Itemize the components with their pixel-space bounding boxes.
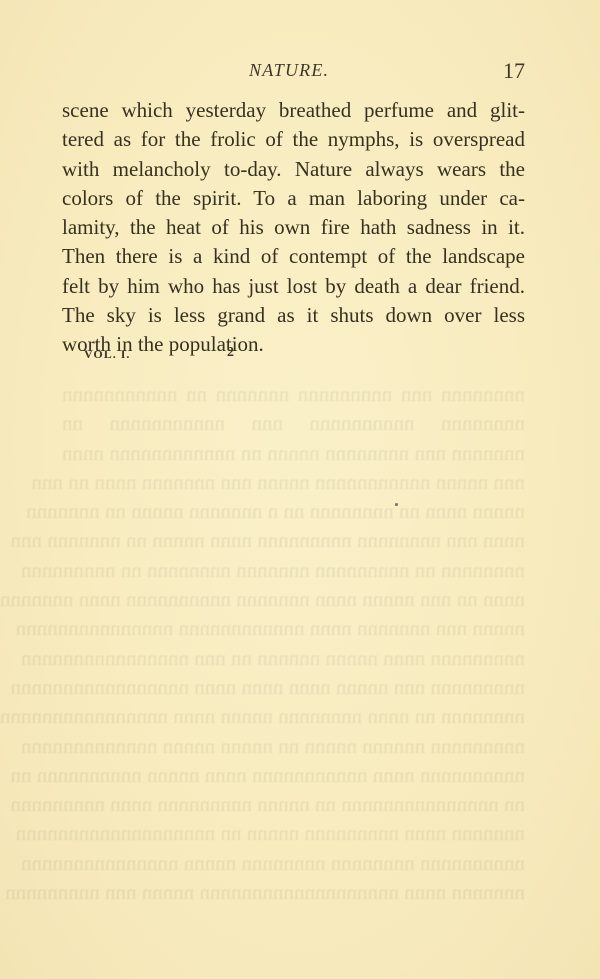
paper-speck — [395, 504, 397, 506]
printer-signature: VOL. I. 2 — [84, 345, 284, 365]
text-line: colors of the spirit. To a man laboring … — [62, 184, 525, 213]
text-line: with melancholy to-day. Nature always we… — [62, 155, 525, 184]
page-number: 17 — [503, 58, 525, 84]
running-title: NATURE. — [249, 60, 329, 81]
book-page: NATURE. 17 scene which yesterday breathe… — [0, 0, 600, 979]
text-line: scene which yesterday breathed perfume a… — [62, 96, 525, 125]
signature-sheet-number: 2 — [227, 345, 234, 361]
signature-volume: VOL. I. — [84, 347, 130, 362]
running-head: NATURE. 17 — [62, 58, 525, 88]
text-line: tered as for the frolic of the nymphs, i… — [62, 125, 525, 154]
text-line: lamity, the heat of his own fire hath sa… — [62, 213, 525, 242]
body-text: scene which yesterday breathed perfume a… — [62, 96, 525, 360]
text-line: felt by him who has just lost by death a… — [62, 272, 525, 301]
show-through-texture: nnnnnnnn nnn nnnnnnnnn nnnnnnn nn nnnnnn… — [62, 380, 525, 907]
text-line: Then there is a kind of contempt of the … — [62, 242, 525, 271]
text-line: The sky is less grand as it shuts down o… — [62, 301, 525, 330]
